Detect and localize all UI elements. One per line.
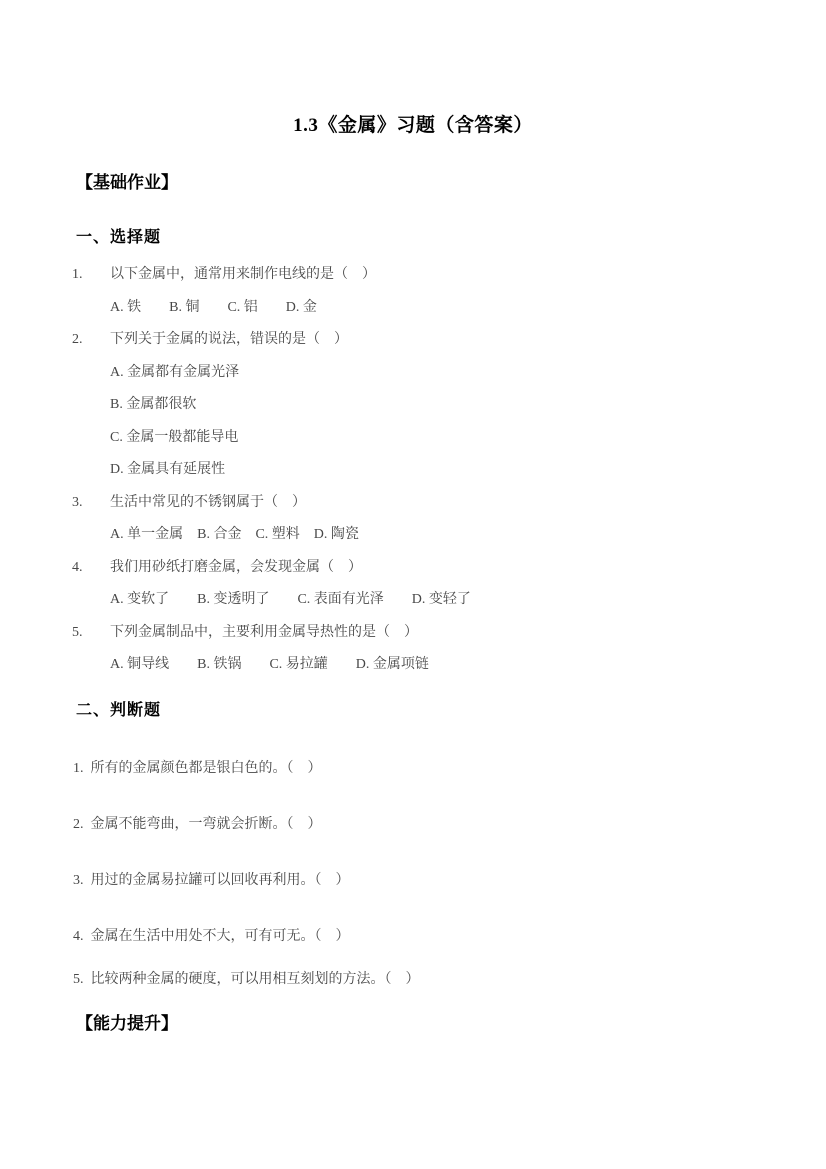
tf-question-4: 4.金属在生活中用处不大，可有可无。（ ） [73, 926, 770, 947]
question-text: 金属在生活中用处不大，可有可无。（ ） [91, 929, 350, 944]
question-number: 4. [73, 929, 84, 944]
question-number: 3. [72, 487, 110, 520]
section-advanced-heading: 【能力提升】 [76, 1013, 178, 1034]
option-line: A. 金属都有金属光泽 [72, 357, 770, 390]
question-number: 1. [72, 259, 110, 292]
section-basic-heading: 【基础作业】 [76, 172, 178, 193]
mc-question-2: 2. 下列关于金属的说法，错误的是（ ） A. 金属都有金属光泽 B. 金属都很… [72, 324, 770, 487]
question-number: 1. [73, 761, 84, 776]
question-text: 所有的金属颜色都是银白色的。（ ） [91, 761, 322, 776]
multiple-choice-heading: 一、选择题 [76, 228, 161, 248]
question-number: 5. [72, 617, 110, 650]
true-false-list: 1.所有的金属颜色都是银白色的。（ ） 2.金属不能弯曲，一弯就会折断。（ ） … [73, 758, 770, 1025]
tf-question-1: 1.所有的金属颜色都是银白色的。（ ） [73, 758, 770, 779]
question-number: 2. [73, 817, 84, 832]
mc-question-4: 4. 我们用砂纸打磨金属，会发现金属（ ） A. 变软了 B. 变透明了 C. … [72, 552, 770, 617]
mc-question-3: 3. 生活中常见的不锈钢属于（ ） A. 单一金属 B. 合金 C. 塑料 D.… [72, 487, 770, 552]
question-number: 3. [73, 873, 84, 888]
question-text: 金属不能弯曲，一弯就会折断。（ ） [91, 817, 322, 832]
option-line: C. 金属一般都能导电 [72, 422, 770, 455]
question-text: 我们用砂纸打磨金属，会发现金属（ ） [110, 552, 770, 585]
option-line: A. 变软了 B. 变透明了 C. 表面有光泽 D. 变轻了 [72, 584, 770, 617]
mc-question-1: 1. 以下金属中，通常用来制作电线的是（ ） A. 铁 B. 铜 C. 铝 D.… [72, 259, 770, 324]
option-line: D. 金属具有延展性 [72, 454, 770, 487]
option-line: B. 金属都很软 [72, 389, 770, 422]
question-text: 比较两种金属的硬度，可以用相互刻划的方法。（ ） [91, 972, 420, 987]
mc-question-5: 5. 下列金属制品中，主要利用金属导热性的是（ ） A. 铜导线 B. 铁锅 C… [72, 617, 770, 682]
question-text: 下列金属制品中，主要利用金属导热性的是（ ） [110, 617, 770, 650]
question-text: 以下金属中，通常用来制作电线的是（ ） [110, 259, 770, 292]
question-text: 生活中常见的不锈钢属于（ ） [110, 487, 770, 520]
tf-question-3: 3.用过的金属易拉罐可以回收再利用。（ ） [73, 870, 770, 891]
option-line: A. 铜导线 B. 铁锅 C. 易拉罐 D. 金属项链 [72, 649, 770, 682]
question-number: 4. [72, 552, 110, 585]
option-line: A. 铁 B. 铜 C. 铝 D. 金 [72, 292, 770, 325]
tf-question-2: 2.金属不能弯曲，一弯就会折断。（ ） [73, 814, 770, 835]
document-page: 1.3《金属》习题（含答案） 【基础作业】 一、选择题 1. 以下金属中，通常用… [0, 0, 826, 1169]
document-title: 1.3《金属》习题（含答案） [0, 113, 826, 138]
tf-question-5: 5.比较两种金属的硬度，可以用相互刻划的方法。（ ） [73, 969, 770, 990]
question-number: 5. [73, 972, 84, 987]
question-number: 2. [72, 324, 110, 357]
question-text: 用过的金属易拉罐可以回收再利用。（ ） [91, 873, 350, 888]
multiple-choice-list: 1. 以下金属中，通常用来制作电线的是（ ） A. 铁 B. 铜 C. 铝 D.… [72, 259, 770, 682]
true-false-heading: 二、判断题 [76, 701, 161, 721]
question-text: 下列关于金属的说法，错误的是（ ） [110, 324, 770, 357]
option-line: A. 单一金属 B. 合金 C. 塑料 D. 陶瓷 [72, 519, 770, 552]
